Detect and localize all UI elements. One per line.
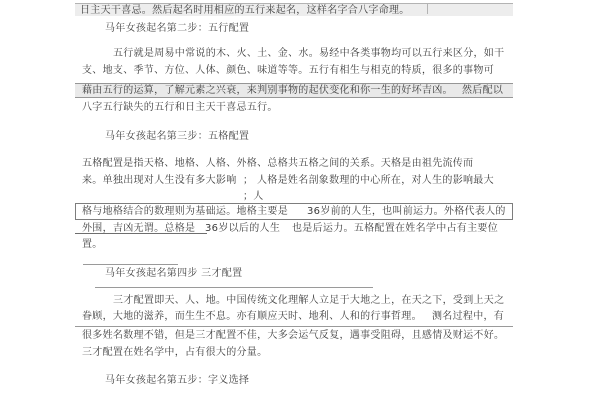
step3-paragraph-line2-separator: ；	[243, 174, 253, 187]
rule-above-step4-heading	[83, 264, 178, 265]
rule-above-step4-paragraph	[95, 287, 373, 288]
step4-paragraph-line2b: 测名过程中，有	[432, 310, 504, 323]
document-page: 日主天干喜忌。然后起名时用相应的五行来起名，这样名字合八字命理。 马年女孩起名第…	[0, 0, 600, 400]
step3-paragraph-line4b: 36岁以后的人生	[205, 222, 280, 235]
step3-paragraph-line4c: 也是后运力。五格配置在姓名学中占有主要位	[292, 222, 498, 235]
step2-highlighted-line: 藉由五行的运算，了解元素之兴衰，来判别事物的起伏变化和你一生的好坏吉凶。	[82, 84, 453, 97]
step4-paragraph-line2a: 眷顾，大地的滋养，而生生不息。亦有顺应天时、地利、人和的行事哲理。	[82, 310, 422, 323]
intro-line: 日主天干喜忌。然后起名时用相应的五行来起名，这样名字合八字命理。	[80, 4, 410, 17]
step2-highlighted-line-tail: 然后配以	[462, 84, 503, 97]
step3-heading: 马年女孩起名第三步：五格配置	[105, 130, 249, 143]
step3-paragraph-line4a: 外围，吉凶无谓。总格是	[82, 222, 195, 235]
step3-boxed-text-a: 格与地格结合的数理则为基础运。地格主要是	[82, 205, 288, 218]
step3-paragraph-line5: 置。	[82, 238, 103, 251]
step3-paragraph-line2a: 来。单独出现对人生没有多大影响	[82, 174, 237, 187]
step3-paragraph-line3: ；人	[243, 190, 264, 203]
step4-heading: 马年女孩起名第四步 三才配置	[105, 267, 242, 280]
step2-paragraph-line2: 支、地支、季节、方位、人体、颜色、味道等等。五行有相生与相克的特质，很多的事物可	[82, 64, 494, 77]
step4-paragraph-line3: 很多姓名数理不错，但是三才配置不佳，大多会运气反复，遇事受阻碍，且感情及财运不好…	[82, 329, 504, 342]
step5-heading: 马年女孩起名第五步：字义选择	[105, 374, 249, 387]
step4-paragraph-line4: 三才配置在姓名学中，占有很大的分量。	[82, 346, 267, 359]
step3-paragraph-line2b: 人格是姓名剖象数理的中心所在，对人生的影响最大	[257, 174, 494, 187]
step2-heading: 马年女孩起名第二步：五行配置	[105, 22, 249, 35]
step4-paragraph-line1: 三才配置即天、人、地。中国传统文化理解人立足于大地之上，在天之下，受到上天之	[113, 294, 504, 307]
step3-paragraph-line1: 五格配置是指天格、地格、人格、外格、总格共五格之间的关系。天格是由祖先流传而	[82, 157, 473, 170]
step2-paragraph-line3: 八字五行缺失的五行和日主天干喜忌五行。	[82, 101, 278, 114]
step3-boxed-text-b: 36岁前的人生，也叫前运力。外格代表人的	[307, 205, 506, 218]
rule-under-step4-line2	[75, 326, 513, 327]
step2-paragraph-line1: 五行就是周易中常说的木、火、土、金、水。易经中各类事物均可以五行来区分，如干	[113, 47, 504, 60]
top-vertical-tick	[427, 3, 428, 14]
